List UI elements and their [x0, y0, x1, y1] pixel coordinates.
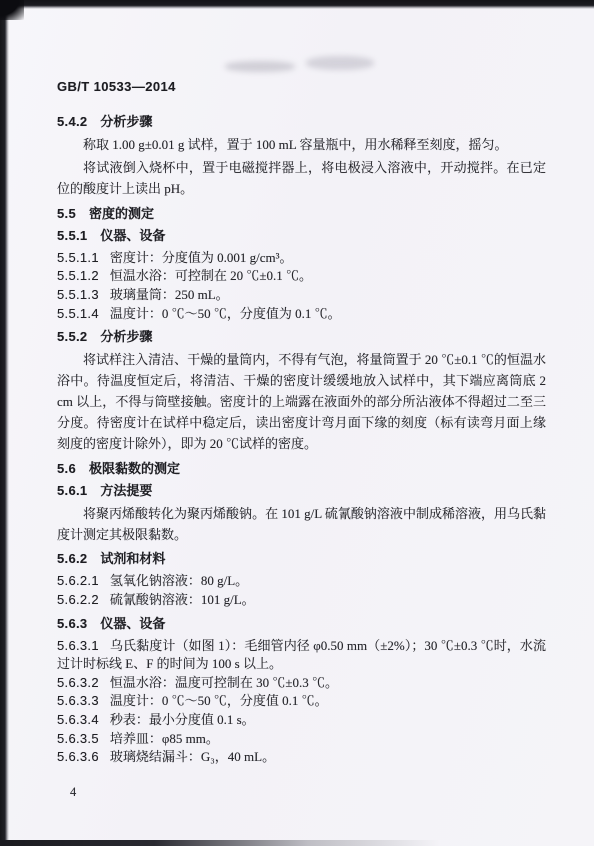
clause-item: 5.6.3.1乌氏黏度计（如图 1）：毛细管内径 φ0.50 mm（±2%）；3…	[57, 637, 546, 674]
clause-title: 极限黏数的测定	[89, 461, 180, 476]
section-heading: 5.4.2分析步骤	[57, 113, 546, 130]
paragraph-text: 将试样注入清洁、干燥的量筒内，不得有气泡，将量筒置于 20 ℃±0.1 ℃的恒温…	[57, 352, 546, 451]
clause-number: 5.6.3.6	[57, 748, 99, 767]
clause-item: 5.6.3.5培养皿：φ85 mm。	[57, 730, 546, 749]
clause-number: 5.6.3.4	[57, 711, 99, 730]
clause-text: 培养皿：φ85 mm。	[110, 731, 219, 746]
clause-number: 5.4.2	[57, 113, 87, 130]
paragraph: 称取 1.00 g±0.01 g 试样，置于 100 mL 容量瓶中，用水稀释至…	[57, 135, 546, 156]
clause-number: 5.5.1	[57, 227, 87, 244]
clause-text: 氢氧化钠溶液：80 g/L。	[110, 573, 248, 588]
clause-title: 分析步骤	[100, 114, 152, 129]
paragraph-text: 将试液倒入烧杯中，置于电磁搅拌器上，将电极浸入溶液中，开动搅拌。在已定位的酸度计…	[57, 160, 546, 196]
clause-item: 5.5.1.4温度计：0 ℃～50 ℃，分度值为 0.1 ℃。	[57, 305, 546, 324]
clause-text: 温度计：0 ℃～50 ℃，分度值 0.1 ℃。	[110, 693, 328, 708]
section-heading: 5.6极限黏数的测定	[57, 460, 546, 477]
scan-edge-left	[0, 0, 9, 846]
paragraph: 将试样注入清洁、干燥的量筒内，不得有气泡，将量筒置于 20 ℃±0.1 ℃的恒温…	[57, 350, 546, 455]
section-heading: 5.5密度的测定	[57, 205, 546, 222]
clause-text: 温度计：0 ℃～50 ℃，分度值为 0.1 ℃。	[110, 306, 341, 321]
scan-edge-bottom	[0, 840, 440, 846]
clause-item: 5.6.3.2恒温水浴：温度可控制在 30 ℃±0.3 ℃。	[57, 674, 546, 693]
clause-number: 5.6.1	[57, 482, 87, 499]
page-number: 4	[70, 785, 76, 800]
clause-number: 5.6.2.2	[57, 591, 99, 610]
clause-number: 5.5.1.2	[57, 267, 99, 286]
scan-edge-corner	[0, 0, 24, 20]
clause-number: 5.6.3.5	[57, 730, 99, 749]
clause-text: 玻璃量筒：250 mL。	[110, 287, 229, 302]
paragraph-text: 将聚丙烯酸转化为聚丙烯酸钠。在 101 g/L 硫氰酸钠溶液中制成稀溶液，用乌氏…	[57, 506, 546, 542]
section-heading: 5.6.2试剂和材料	[57, 550, 546, 567]
clause-item: 5.5.1.3玻璃量筒：250 mL。	[57, 286, 546, 305]
section-heading: 5.5.2分析步骤	[57, 328, 546, 345]
clause-number: 5.5.1.4	[57, 305, 99, 324]
clause-number: 5.6	[57, 460, 76, 477]
ink-bleed-smudge	[225, 61, 295, 72]
clause-item: 5.6.2.2硫氰酸钠溶液：101 g/L。	[57, 591, 546, 610]
scanned-page: GB/T 10533—2014 5.4.2分析步骤称取 1.00 g±0.01 …	[0, 0, 594, 846]
document-body: 5.4.2分析步骤称取 1.00 g±0.01 g 试样，置于 100 mL 容…	[57, 108, 546, 767]
clause-text: 密度计：分度值为 0.001 g/cm³。	[110, 250, 293, 265]
standard-number-header: GB/T 10533—2014	[57, 79, 176, 94]
scan-edge-top	[0, 0, 594, 9]
section-heading: 5.5.1仪器、设备	[57, 227, 546, 244]
clause-text: 乌氏黏度计（如图 1）：毛细管内径 φ0.50 mm（±2%）；30 ℃±0.3…	[57, 638, 546, 672]
clause-title: 试剂和材料	[100, 551, 165, 566]
clause-number: 5.6.2	[57, 550, 87, 567]
clause-number: 5.6.3.2	[57, 674, 99, 693]
section-heading: 5.6.3仪器、设备	[57, 615, 546, 632]
clause-text: 恒温水浴：温度可控制在 30 ℃±0.3 ℃。	[110, 675, 338, 690]
clause-number: 5.6.3.1	[57, 637, 99, 656]
clause-number: 5.5.2	[57, 328, 87, 345]
section-heading: 5.6.1方法提要	[57, 482, 546, 499]
clause-number: 5.5.1.1	[57, 249, 99, 268]
clause-title: 方法提要	[100, 483, 152, 498]
paragraph-text: 称取 1.00 g±0.01 g 试样，置于 100 mL 容量瓶中，用水稀释至…	[83, 137, 507, 152]
clause-text: 玻璃烧结漏斗：G₃，40 mL。	[110, 749, 275, 764]
paragraph: 将聚丙烯酸转化为聚丙烯酸钠。在 101 g/L 硫氰酸钠溶液中制成稀溶液，用乌氏…	[57, 504, 546, 546]
clause-item: 5.5.1.2恒温水浴：可控制在 20 ℃±0.1 ℃。	[57, 267, 546, 286]
clause-title: 仪器、设备	[100, 616, 165, 631]
clause-item: 5.6.3.3温度计：0 ℃～50 ℃，分度值 0.1 ℃。	[57, 692, 546, 711]
clause-text: 恒温水浴：可控制在 20 ℃±0.1 ℃。	[110, 268, 312, 283]
clause-number: 5.5	[57, 205, 76, 222]
clause-item: 5.6.2.1氢氧化钠溶液：80 g/L。	[57, 572, 546, 591]
clause-title: 密度的测定	[89, 206, 154, 221]
ink-bleed-smudge	[306, 56, 374, 70]
clause-title: 仪器、设备	[100, 228, 165, 243]
clause-number: 5.6.3.3	[57, 692, 99, 711]
paragraph: 将试液倒入烧杯中，置于电磁搅拌器上，将电极浸入溶液中，开动搅拌。在已定位的酸度计…	[57, 158, 546, 200]
clause-number: 5.6.2.1	[57, 572, 99, 591]
clause-text: 秒表：最小分度值 0.1 s。	[110, 712, 255, 727]
clause-item: 5.5.1.1密度计：分度值为 0.001 g/cm³。	[57, 249, 546, 268]
clause-title: 分析步骤	[100, 329, 152, 344]
clause-text: 硫氰酸钠溶液：101 g/L。	[110, 592, 255, 607]
clause-number: 5.6.3	[57, 615, 87, 632]
clause-number: 5.5.1.3	[57, 286, 99, 305]
clause-item: 5.6.3.4秒表：最小分度值 0.1 s。	[57, 711, 546, 730]
clause-item: 5.6.3.6玻璃烧结漏斗：G₃，40 mL。	[57, 748, 546, 767]
